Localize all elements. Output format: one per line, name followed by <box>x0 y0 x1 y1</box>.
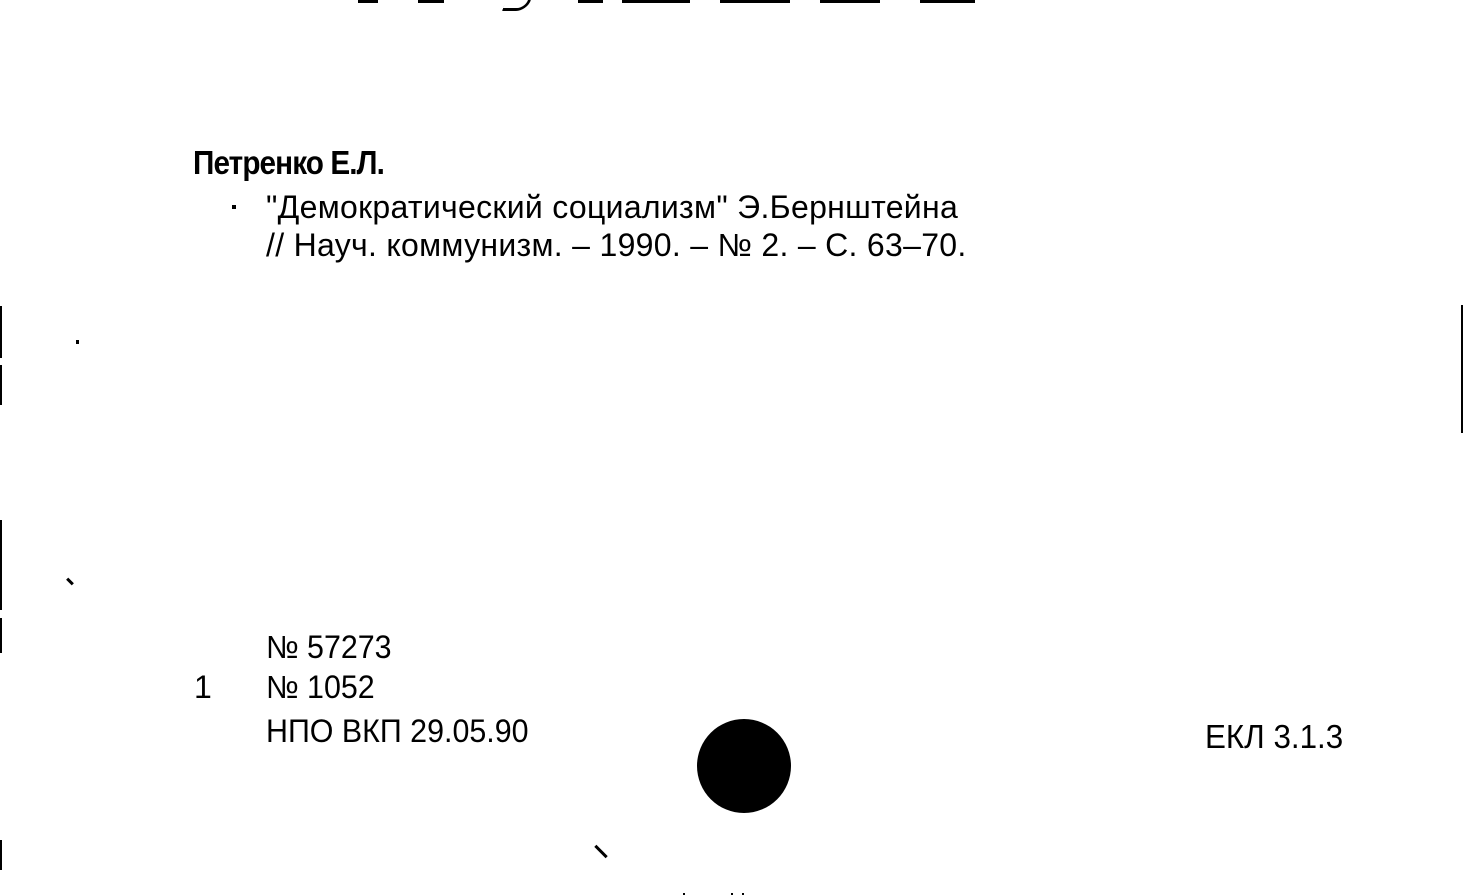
catalog-card: Петренко Е.Л. "Демократический социализм… <box>0 0 1463 895</box>
scan-artifact-top <box>358 0 378 3</box>
scan-artifact-top <box>418 0 444 3</box>
scan-artifact-top <box>578 0 603 3</box>
copy-count: 1 <box>194 667 212 707</box>
classification-code: ЕКЛ 3.1.3 <box>1205 717 1343 757</box>
scan-artifact-top <box>720 0 790 3</box>
scan-edge-left <box>0 618 2 653</box>
inventory-number: № 1052 <box>266 667 375 707</box>
scan-artifact-squiggle <box>502 0 531 11</box>
scan-mark <box>594 845 607 858</box>
author-name: Петренко Е.Л. <box>193 143 384 183</box>
scan-mark <box>66 578 74 586</box>
scan-edge-left <box>0 306 2 358</box>
punch-hole <box>697 719 791 813</box>
work-title: "Демократический социализм" Э.Бернштейна <box>266 188 958 226</box>
scan-artifact-top <box>920 0 975 3</box>
bullet-dot <box>232 205 236 209</box>
scan-edge-left <box>0 365 2 405</box>
scan-artifact-top <box>622 0 690 3</box>
scan-edge-left <box>0 520 2 610</box>
scan-edge-left <box>0 840 2 870</box>
received-stamp: НПО ВКП 29.05.90 <box>266 711 529 751</box>
scan-artifact-top <box>820 0 880 3</box>
scan-speck <box>76 340 79 344</box>
source-citation: // Науч. коммунизм. – 1990. – № 2. – С. … <box>266 226 967 264</box>
accession-number: № 57273 <box>266 627 392 667</box>
